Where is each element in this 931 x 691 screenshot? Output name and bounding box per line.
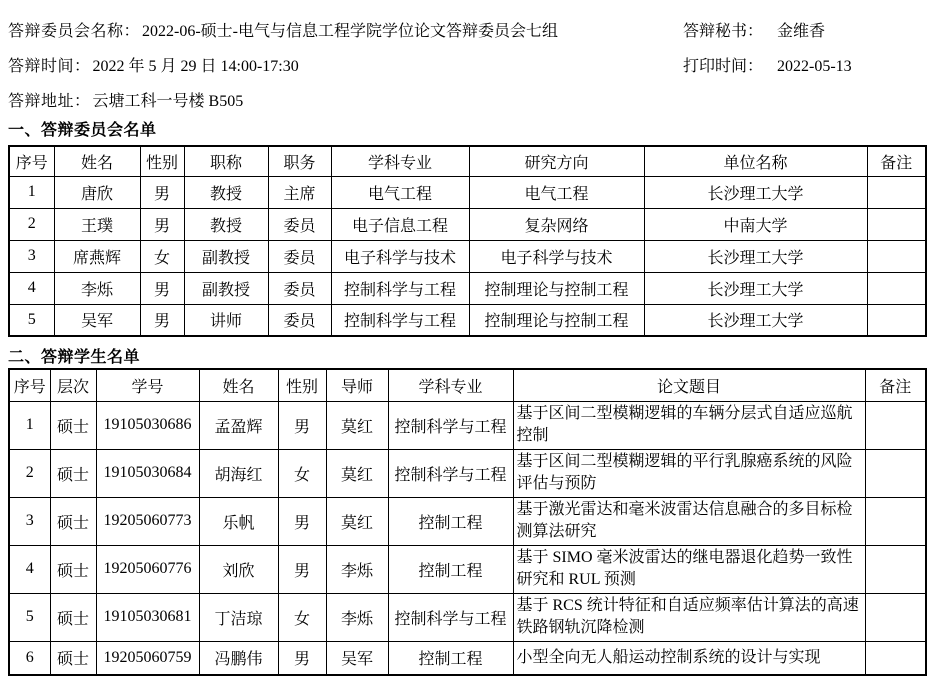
table-row: 1唐欣男教授主席电气工程电气工程长沙理工大学 <box>9 176 926 208</box>
table-cell: 硕士 <box>50 545 96 593</box>
student-section-title: 二、答辩学生名单 <box>8 344 140 367</box>
table-cell: 刘欣 <box>199 545 278 593</box>
table-row: 5硕士19105030681丁洁琼女李烁控制科学与工程基于 RCS 统计特征和自… <box>9 593 926 641</box>
table-cell: 主席 <box>268 176 331 208</box>
table-cell: 控制科学与工程 <box>388 401 513 449</box>
table-cell: 孟盈辉 <box>199 401 278 449</box>
student-table: 序号 层次 学号 姓名 性别 导师 学科专业 论文题目 备注 1硕士191050… <box>8 368 927 676</box>
defense-time-value: 2022 年 5 月 29 日 14:00-17:30 <box>93 58 299 75</box>
committee-name-label: 答辩委员会名称： <box>8 23 140 40</box>
defense-time-label: 答辩时间： <box>8 58 91 75</box>
table-cell <box>865 401 926 449</box>
col-header-seq: 序号 <box>9 146 54 176</box>
table-cell: 男 <box>278 497 326 545</box>
committee-table: 序号 姓名 性别 职称 职务 学科专业 研究方向 单位名称 备注 1唐欣男教授主… <box>8 145 927 337</box>
table-cell <box>867 240 926 272</box>
table-cell: 长沙理工大学 <box>644 272 867 304</box>
col-header-gender: 性别 <box>140 146 184 176</box>
table-cell: 基于激光雷达和毫米波雷达信息融合的多目标检测算法研究 <box>513 497 865 545</box>
table-cell: 教授 <box>184 208 268 240</box>
col-header-gender: 性别 <box>278 369 326 401</box>
table-row: 4李烁男副教授委员控制科学与工程控制理论与控制工程长沙理工大学 <box>9 272 926 304</box>
table-cell: 长沙理工大学 <box>644 176 867 208</box>
defense-address-label: 答辩地址： <box>8 93 91 110</box>
defense-address-line: 答辩地址：云塘工科一号楼 B505 <box>8 88 243 111</box>
table-cell: 电气工程 <box>469 176 644 208</box>
table-cell: 基于区间二型模糊逻辑的车辆分层式自适应巡航控制 <box>513 401 865 449</box>
table-cell <box>865 449 926 497</box>
table-row: 2王璞男教授委员电子信息工程复杂网络中南大学 <box>9 208 926 240</box>
committee-section-title: 一、答辩委员会名单 <box>8 117 157 140</box>
table-cell: 胡海红 <box>199 449 278 497</box>
table-cell: 硕士 <box>50 497 96 545</box>
table-row: 3席燕辉女副教授委员电子科学与技术电子科学与技术长沙理工大学 <box>9 240 926 272</box>
col-header-thesis-title: 论文题目 <box>513 369 865 401</box>
col-header-remark: 备注 <box>867 146 926 176</box>
secretary-line: 答辩秘书：金维香 <box>683 18 825 41</box>
table-cell: 李烁 <box>54 272 140 304</box>
table-cell: 控制理论与控制工程 <box>469 272 644 304</box>
table-cell: 男 <box>278 641 326 675</box>
table-cell: 5 <box>9 304 54 336</box>
table-cell: 王璞 <box>54 208 140 240</box>
table-cell: 电气工程 <box>331 176 469 208</box>
table-cell: 控制科学与工程 <box>331 304 469 336</box>
table-cell: 委员 <box>268 208 331 240</box>
table-cell: 硕士 <box>50 641 96 675</box>
table-row: 5吴军男讲师委员控制科学与工程控制理论与控制工程长沙理工大学 <box>9 304 926 336</box>
table-cell: 副教授 <box>184 272 268 304</box>
table-cell: 2 <box>9 208 54 240</box>
table-cell: 女 <box>278 593 326 641</box>
table-row: 1硕士19105030686孟盈辉男莫红控制科学与工程基于区间二型模糊逻辑的车辆… <box>9 401 926 449</box>
col-header-role: 职务 <box>268 146 331 176</box>
table-cell: 莫红 <box>326 401 388 449</box>
table-cell: 吴军 <box>326 641 388 675</box>
col-header-name: 姓名 <box>54 146 140 176</box>
defense-address-value: 云塘工科一号楼 B505 <box>93 93 244 110</box>
table-cell <box>867 176 926 208</box>
table-cell: 4 <box>9 272 54 304</box>
table-cell <box>867 272 926 304</box>
table-cell: 电子科学与技术 <box>331 240 469 272</box>
table-cell: 控制工程 <box>388 545 513 593</box>
table-cell: 19205060759 <box>96 641 199 675</box>
table-cell: 2 <box>9 449 50 497</box>
table-cell: 莫红 <box>326 497 388 545</box>
table-row: 4硕士19205060776刘欣男李烁控制工程基于 SIMO 毫米波雷达的继电器… <box>9 545 926 593</box>
committee-table-body: 1唐欣男教授主席电气工程电气工程长沙理工大学2王璞男教授委员电子信息工程复杂网络… <box>9 176 926 336</box>
table-cell: 讲师 <box>184 304 268 336</box>
table-cell: 男 <box>278 545 326 593</box>
table-cell: 副教授 <box>184 240 268 272</box>
col-header-title: 职称 <box>184 146 268 176</box>
table-cell <box>865 641 926 675</box>
table-cell <box>865 593 926 641</box>
col-header-name: 姓名 <box>199 369 278 401</box>
table-cell: 控制科学与工程 <box>331 272 469 304</box>
table-cell: 长沙理工大学 <box>644 240 867 272</box>
table-cell: 席燕辉 <box>54 240 140 272</box>
table-cell <box>865 497 926 545</box>
table-cell: 复杂网络 <box>469 208 644 240</box>
col-header-research: 研究方向 <box>469 146 644 176</box>
table-cell: 19105030684 <box>96 449 199 497</box>
table-cell: 吴军 <box>54 304 140 336</box>
table-cell: 硕士 <box>50 401 96 449</box>
table-cell: 控制工程 <box>388 497 513 545</box>
table-cell: 控制工程 <box>388 641 513 675</box>
table-cell: 基于 SIMO 毫米波雷达的继电器退化趋势一致性研究和 RUL 预测 <box>513 545 865 593</box>
table-cell: 唐欣 <box>54 176 140 208</box>
table-cell: 硕士 <box>50 449 96 497</box>
table-cell: 基于 RCS 统计特征和自适应频率估计算法的高速铁路钢轨沉降检测 <box>513 593 865 641</box>
table-cell: 乐帆 <box>199 497 278 545</box>
committee-name-value: 2022-06-硕士-电气与信息工程学院学位论文答辩委员会七组 <box>142 23 558 40</box>
table-cell: 1 <box>9 401 50 449</box>
table-cell: 女 <box>278 449 326 497</box>
col-header-level: 层次 <box>50 369 96 401</box>
col-header-seq: 序号 <box>9 369 50 401</box>
table-cell: 小型全向无人船运动控制系统的设计与实现 <box>513 641 865 675</box>
secretary-label: 答辩秘书： <box>683 23 763 40</box>
student-table-body: 1硕士19105030686孟盈辉男莫红控制科学与工程基于区间二型模糊逻辑的车辆… <box>9 401 926 675</box>
table-cell: 6 <box>9 641 50 675</box>
table-cell: 1 <box>9 176 54 208</box>
table-cell: 委员 <box>268 240 331 272</box>
table-cell: 3 <box>9 240 54 272</box>
secretary-value: 金维香 <box>777 23 825 40</box>
table-cell: 李烁 <box>326 545 388 593</box>
table-cell: 男 <box>140 304 184 336</box>
defense-form-page: 答辩委员会名称：2022-06-硕士-电气与信息工程学院学位论文答辩委员会七组 … <box>0 0 931 691</box>
table-cell: 女 <box>140 240 184 272</box>
table-cell: 丁洁琼 <box>199 593 278 641</box>
table-cell: 控制理论与控制工程 <box>469 304 644 336</box>
table-cell: 电子信息工程 <box>331 208 469 240</box>
table-cell: 男 <box>140 208 184 240</box>
table-cell <box>867 304 926 336</box>
table-cell: 19205060776 <box>96 545 199 593</box>
col-header-supervisor: 导师 <box>326 369 388 401</box>
table-cell <box>867 208 926 240</box>
print-time-value: 2022-05-13 <box>777 58 852 75</box>
table-cell: 委员 <box>268 304 331 336</box>
print-time-label: 打印时间： <box>683 58 763 75</box>
table-cell: 电子科学与技术 <box>469 240 644 272</box>
col-header-discipline: 学科专业 <box>388 369 513 401</box>
table-cell <box>865 545 926 593</box>
col-header-discipline: 学科专业 <box>331 146 469 176</box>
table-cell: 男 <box>140 176 184 208</box>
table-cell: 莫红 <box>326 449 388 497</box>
defense-time-line: 答辩时间：2022 年 5 月 29 日 14:00-17:30 <box>8 53 299 76</box>
table-cell: 硕士 <box>50 593 96 641</box>
col-header-remark: 备注 <box>865 369 926 401</box>
committee-header-row: 序号 姓名 性别 职称 职务 学科专业 研究方向 单位名称 备注 <box>9 146 926 176</box>
table-cell: 冯鹏伟 <box>199 641 278 675</box>
table-cell: 男 <box>278 401 326 449</box>
table-cell: 5 <box>9 593 50 641</box>
student-header-row: 序号 层次 学号 姓名 性别 导师 学科专业 论文题目 备注 <box>9 369 926 401</box>
table-cell: 委员 <box>268 272 331 304</box>
table-cell: 教授 <box>184 176 268 208</box>
table-cell: 19205060773 <box>96 497 199 545</box>
table-cell: 长沙理工大学 <box>644 304 867 336</box>
table-cell: 中南大学 <box>644 208 867 240</box>
table-row: 3硕士19205060773乐帆男莫红控制工程基于激光雷达和毫米波雷达信息融合的… <box>9 497 926 545</box>
table-cell: 19105030681 <box>96 593 199 641</box>
table-cell: 男 <box>140 272 184 304</box>
table-cell: 19105030686 <box>96 401 199 449</box>
committee-name-line: 答辩委员会名称：2022-06-硕士-电气与信息工程学院学位论文答辩委员会七组 <box>8 18 558 41</box>
col-header-student-id: 学号 <box>96 369 199 401</box>
table-cell: 控制科学与工程 <box>388 449 513 497</box>
table-cell: 3 <box>9 497 50 545</box>
table-cell: 基于区间二型模糊逻辑的平行乳腺癌系统的风险评估与预防 <box>513 449 865 497</box>
table-cell: 李烁 <box>326 593 388 641</box>
table-cell: 4 <box>9 545 50 593</box>
print-time-line: 打印时间：2022-05-13 <box>683 53 852 76</box>
table-cell: 控制科学与工程 <box>388 593 513 641</box>
table-row: 2硕士19105030684胡海红女莫红控制科学与工程基于区间二型模糊逻辑的平行… <box>9 449 926 497</box>
table-row: 6硕士19205060759冯鹏伟男吴军控制工程小型全向无人船运动控制系统的设计… <box>9 641 926 675</box>
col-header-organization: 单位名称 <box>644 146 867 176</box>
